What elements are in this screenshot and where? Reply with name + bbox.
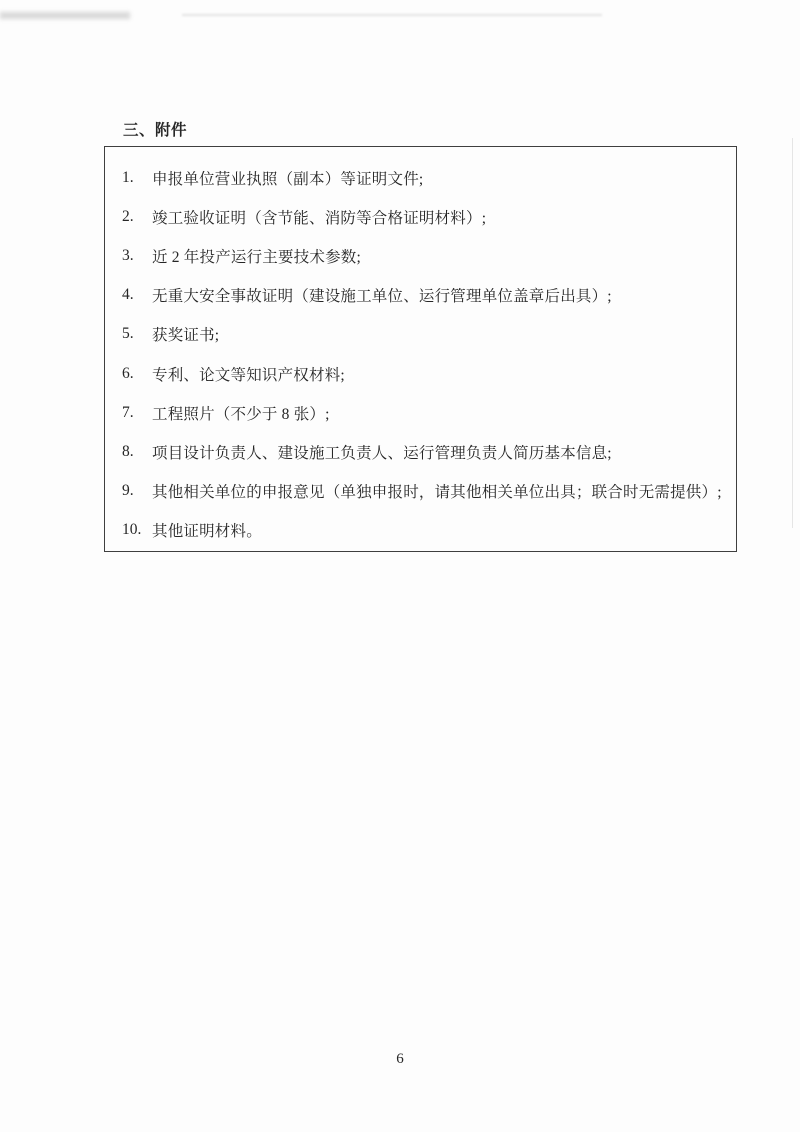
item-number: 7. xyxy=(122,404,152,422)
item-text: 工程照片（不少于 8 张）; xyxy=(152,402,330,424)
item-text: 申报单位营业执照（副本）等证明文件; xyxy=(152,167,423,189)
list-item: 7. 工程照片（不少于 8 张）; xyxy=(122,393,732,432)
item-text: 其他相关单位的申报意见（单独申报时，请其他相关单位出具；联合时无需提供）; xyxy=(152,480,722,502)
section-title: 三、附件 xyxy=(123,118,187,140)
item-number: 6. xyxy=(122,365,152,383)
item-text: 竣工验收证明（含节能、消防等合格证明材料）; xyxy=(152,206,486,228)
item-number: 10. xyxy=(122,521,152,539)
item-number: 2. xyxy=(122,208,152,226)
scan-artifact-top-line xyxy=(182,14,602,16)
page-number: 6 xyxy=(0,1051,800,1068)
list-item: 5. 获奖证书; xyxy=(122,315,732,354)
item-text: 获奖证书; xyxy=(152,323,219,345)
item-number: 1. xyxy=(122,169,152,187)
list-item: 1. 申报单位营业执照（副本）等证明文件; xyxy=(122,158,732,197)
item-text: 无重大安全事故证明（建设施工单位、运行管理单位盖章后出具）; xyxy=(152,284,612,306)
item-number: 9. xyxy=(122,482,152,500)
item-text: 专利、论文等知识产权材料; xyxy=(152,363,345,385)
list-item: 8. 项目设计负责人、建设施工负责人、运行管理负责人简历基本信息; xyxy=(122,432,732,471)
list-item: 9. 其他相关单位的申报意见（单独申报时，请其他相关单位出具；联合时无需提供）; xyxy=(122,472,732,511)
attachment-list-box: 1. 申报单位营业执照（副本）等证明文件; 2. 竣工验收证明（含节能、消防等合… xyxy=(104,146,737,552)
item-text: 其他证明材料。 xyxy=(152,519,262,541)
item-number: 5. xyxy=(122,325,152,343)
item-text: 项目设计负责人、建设施工负责人、运行管理负责人简历基本信息; xyxy=(152,441,612,463)
list-item: 2. 竣工验收证明（含节能、消防等合格证明材料）; xyxy=(122,197,732,236)
item-number: 8. xyxy=(122,443,152,461)
item-text: 近 2 年投产运行主要技术参数; xyxy=(152,245,361,267)
list-item: 4. 无重大安全事故证明（建设施工单位、运行管理单位盖章后出具）; xyxy=(122,276,732,315)
list-item: 10. 其他证明材料。 xyxy=(122,511,732,550)
item-number: 3. xyxy=(122,247,152,265)
list-item: 6. 专利、论文等知识产权材料; xyxy=(122,354,732,393)
list-item: 3. 近 2 年投产运行主要技术参数; xyxy=(122,236,732,275)
scan-artifact-right-edge xyxy=(792,138,793,528)
scan-artifact-top-left xyxy=(0,12,130,19)
item-number: 4. xyxy=(122,286,152,304)
